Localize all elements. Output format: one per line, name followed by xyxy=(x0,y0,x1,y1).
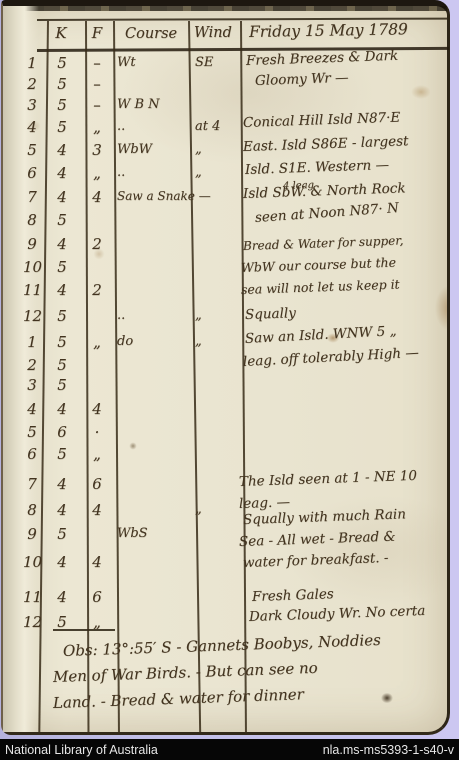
knots-cell: 5 xyxy=(51,120,73,135)
remark-line: leag. off tolerably High — xyxy=(243,347,419,370)
remark-line: The Isld seen at 1 - NE 10 xyxy=(239,470,417,490)
hour-cell: 6 xyxy=(23,166,41,181)
wind-cell: „ xyxy=(195,503,202,516)
hour-cell: 3 xyxy=(23,98,41,113)
hour-cell: 7 xyxy=(23,477,41,492)
knots-cell: 4 xyxy=(51,143,73,158)
remark-line: leag. — xyxy=(239,496,291,511)
wind-cell: at 4 xyxy=(195,120,220,133)
remark-line: Bread & Water for supper, xyxy=(243,234,404,252)
knots-cell: 4 xyxy=(51,555,73,570)
fathoms-cell: 6 xyxy=(87,590,107,605)
hour-cell: 7 xyxy=(23,190,41,205)
fathoms-cell: · xyxy=(87,425,107,440)
wind-cell: „ xyxy=(195,335,202,348)
hour-cell: 6 xyxy=(23,447,41,462)
observation-line: Men of War Birds. - But can see no xyxy=(53,661,318,685)
log-date: Friday 15 May 1789 xyxy=(249,22,408,40)
hour-cell: 12 xyxy=(23,615,41,630)
knots-cell: 4 xyxy=(51,590,73,605)
remark-line: seen at Noon N87· N xyxy=(255,202,400,226)
header-wind: Wind xyxy=(194,26,232,41)
knots-cell: 5 xyxy=(51,335,73,350)
fathoms-cell: „ xyxy=(87,120,107,135)
course-cell: .. xyxy=(117,166,125,179)
hour-cell: 10 xyxy=(23,260,41,275)
log-sheet: K F Course Wind Friday 15 May 1789 15–Wt… xyxy=(3,6,447,732)
hour-cell: 12 xyxy=(23,309,41,324)
remark-line: Fresh Gales xyxy=(252,588,334,604)
hour-cell: 9 xyxy=(23,527,41,542)
remark-line: Dark Cloudy Wr. No certa xyxy=(249,605,426,625)
hour-cell: 4 xyxy=(23,402,41,417)
hour-cell: 3 xyxy=(23,378,41,393)
knots-cell: 4 xyxy=(51,503,73,518)
course-cell: W B N xyxy=(117,98,160,111)
fathoms-cell: 2 xyxy=(87,237,107,252)
fathoms-cell: 3 xyxy=(87,143,107,158)
knots-cell: 4 xyxy=(51,237,73,252)
remark-line: East. Isld S86E - largest xyxy=(243,135,409,154)
knots-cell: 6 xyxy=(51,425,73,440)
knots-cell: 5 xyxy=(51,378,73,393)
fathoms-cell: „ xyxy=(87,335,107,350)
fathoms-cell: 4 xyxy=(87,503,107,518)
hour-cell: 5 xyxy=(23,425,41,440)
fathoms-cell: „ xyxy=(87,166,107,181)
knots-cell: 5 xyxy=(51,358,73,373)
course-cell: do xyxy=(117,335,133,348)
knots-cell: 5 xyxy=(51,309,73,324)
hour-cell: 11 xyxy=(23,590,41,605)
course-cell: .. xyxy=(117,309,125,322)
fathoms-cell: 2 xyxy=(87,283,107,298)
remark-line: sea will not let us keep it xyxy=(241,278,400,296)
course-cell: WbS xyxy=(117,527,148,540)
observation-line: Land. - Bread & water for dinner xyxy=(53,687,304,711)
fathoms-cell: – xyxy=(87,56,107,71)
knots-cell: 4 xyxy=(51,283,73,298)
hour-cell: 8 xyxy=(23,213,41,228)
knots-cell: 4 xyxy=(51,402,73,417)
wind-cell: SE xyxy=(195,56,213,69)
remark-line: Saw an Isld. WNW 5 „ xyxy=(245,325,397,346)
knots-cell: 4 xyxy=(51,190,73,205)
remark-line: Squally with much Rain xyxy=(243,508,406,527)
remark-line: Conical Hill Isld N87·E xyxy=(243,112,401,131)
remark-line: Isld. S1E. Western — xyxy=(245,159,390,178)
course-cell: Saw a Snake — xyxy=(117,190,211,202)
knots-cell: 5 xyxy=(51,98,73,113)
knots-cell: 5 xyxy=(51,527,73,542)
hour-cell: 2 xyxy=(23,77,41,92)
course-cell: .. xyxy=(117,120,125,133)
header-fathoms: F xyxy=(87,26,107,41)
observation-line: Obs: 13°:55′ S - Gannets Boobys, Noddies xyxy=(63,633,381,659)
hour-cell: 2 xyxy=(23,358,41,373)
remark-line: WbW our course but the xyxy=(241,257,396,275)
fathoms-cell: 6 xyxy=(87,477,107,492)
fathoms-cell: 4 xyxy=(87,190,107,205)
library-name-label: National Library of Australia xyxy=(5,743,158,757)
scanned-page-view: K F Course Wind Friday 15 May 1789 15–Wt… xyxy=(0,0,459,760)
wind-cell: „ xyxy=(195,166,202,179)
knots-cell: 5 xyxy=(51,615,73,630)
hour-cell: 9 xyxy=(23,237,41,252)
hour-cell: 1 xyxy=(23,56,41,71)
hour-cell: 4 xyxy=(23,120,41,135)
fathoms-cell: – xyxy=(87,98,107,113)
course-cell: Wt xyxy=(117,56,136,69)
course-cell: WbW xyxy=(117,143,152,156)
remark-line: Isld SbW. & North Rock xyxy=(243,182,406,201)
hour-cell: 5 xyxy=(23,143,41,158)
fathoms-cell: – xyxy=(87,77,107,92)
image-caption-bar: National Library of Australia nla.ms-ms5… xyxy=(0,739,459,760)
fathoms-cell: „ xyxy=(87,447,107,462)
manuscript-id-label: nla.ms-ms5393-1-s40-v xyxy=(323,743,454,757)
knots-cell: 5 xyxy=(51,260,73,275)
hour-cell: 11 xyxy=(23,283,41,298)
hour-cell: 8 xyxy=(23,503,41,518)
remark-line: Sea - All wet - Bread & xyxy=(239,531,396,550)
knots-cell: 5 xyxy=(51,56,73,71)
knots-cell: 4 xyxy=(51,166,73,181)
hour-cell: 10 xyxy=(23,555,41,570)
header-course: Course xyxy=(125,27,177,42)
hour-cell: 1 xyxy=(23,335,41,350)
logbook-page: K F Course Wind Friday 15 May 1789 15–Wt… xyxy=(1,0,450,735)
fathoms-cell: 4 xyxy=(87,402,107,417)
remark-line: Fresh Breezes & Dark xyxy=(246,50,399,69)
header-knots: K xyxy=(49,26,73,41)
remark-line: water for breakfast. - xyxy=(243,552,389,571)
remark-line: Squally xyxy=(245,307,296,322)
knots-cell: 4 xyxy=(51,477,73,492)
wind-cell: „ xyxy=(195,309,202,322)
knots-cell: 5 xyxy=(51,77,73,92)
knots-cell: 5 xyxy=(51,447,73,462)
wind-cell: „ xyxy=(195,143,202,156)
remark-line: Gloomy Wr — xyxy=(255,72,349,89)
fathoms-cell: „ xyxy=(87,615,107,630)
fathoms-cell: 4 xyxy=(87,555,107,570)
knots-cell: 5 xyxy=(51,213,73,228)
